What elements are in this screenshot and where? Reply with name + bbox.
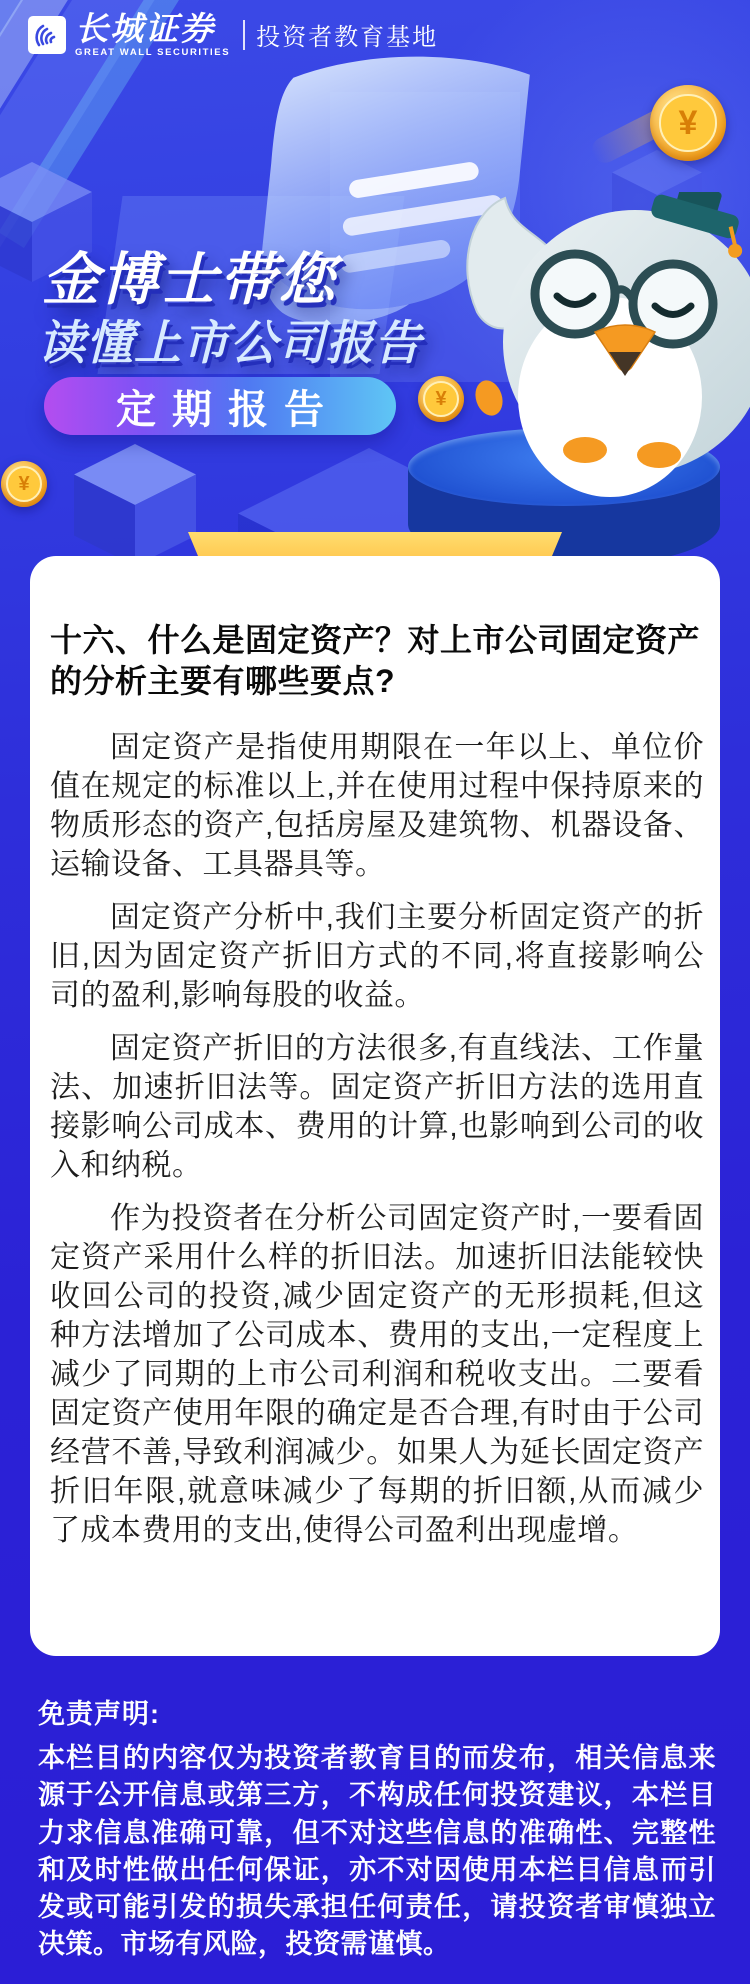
article-card: 十六、什么是固定资产？对上市公司固定资产的分析主要有哪些要点? 固定资产是指使用… [30, 556, 720, 1656]
article-heading: 十六、什么是固定资产？对上市公司固定资产的分析主要有哪些要点? [50, 620, 704, 702]
disclaimer-section: 免责声明: 本栏目的内容仅为投资者教育目的而发布，相关信息来源于公开信息或第三方… [38, 1692, 716, 1964]
article-paragraph: 固定资产折旧的方法很多,有直线法、工作量法、加速折旧法等。固定资产折旧方法的选用… [50, 1029, 704, 1185]
hero-title-line2: 读懂上市公司报告 [38, 306, 422, 373]
disclaimer-body: 本栏目的内容仅为投资者教育目的而发布，相关信息来源于公开信息或第三方，不构成任何… [38, 1740, 716, 1964]
brand-names: 长城证券 GREAT WALL SECURITIES [75, 12, 230, 58]
investor-education-base-label: 投资者教育基地 [256, 17, 438, 52]
brand-name-english: GREAT WALL SECURITIES [75, 48, 230, 58]
periodic-report-badge: 定期报告 [44, 377, 396, 435]
brand-name-chinese: 长城证券 [75, 12, 230, 45]
doctor-owl-mascot [425, 192, 750, 532]
article-paragraph: 固定资产分析中,我们主要分析固定资产的折旧,因为固定资产折旧方式的不同,将直接影… [50, 898, 704, 1015]
brand-header: 长城证券 GREAT WALL SECURITIES 投资者教育基地 [28, 12, 438, 58]
cube-decoration [74, 444, 196, 566]
article-paragraph: 固定资产是指使用期限在一年以上、单位价值在规定的标准以上,并在使用过程中保持原来… [50, 728, 704, 884]
yuan-coin-icon: ¥ [1, 461, 47, 507]
header-divider [243, 20, 245, 50]
article-paragraph: 作为投资者在分析公司固定资产时,一要看固定资产采用什么样的折旧法。加速折旧法能较… [50, 1199, 704, 1550]
yuan-coin-icon: ¥ [650, 85, 726, 161]
great-wall-securities-logo-icon [28, 16, 66, 54]
disclaimer-title: 免责声明: [38, 1692, 716, 1731]
hero-title-line1: 金博士带您 [42, 234, 337, 316]
